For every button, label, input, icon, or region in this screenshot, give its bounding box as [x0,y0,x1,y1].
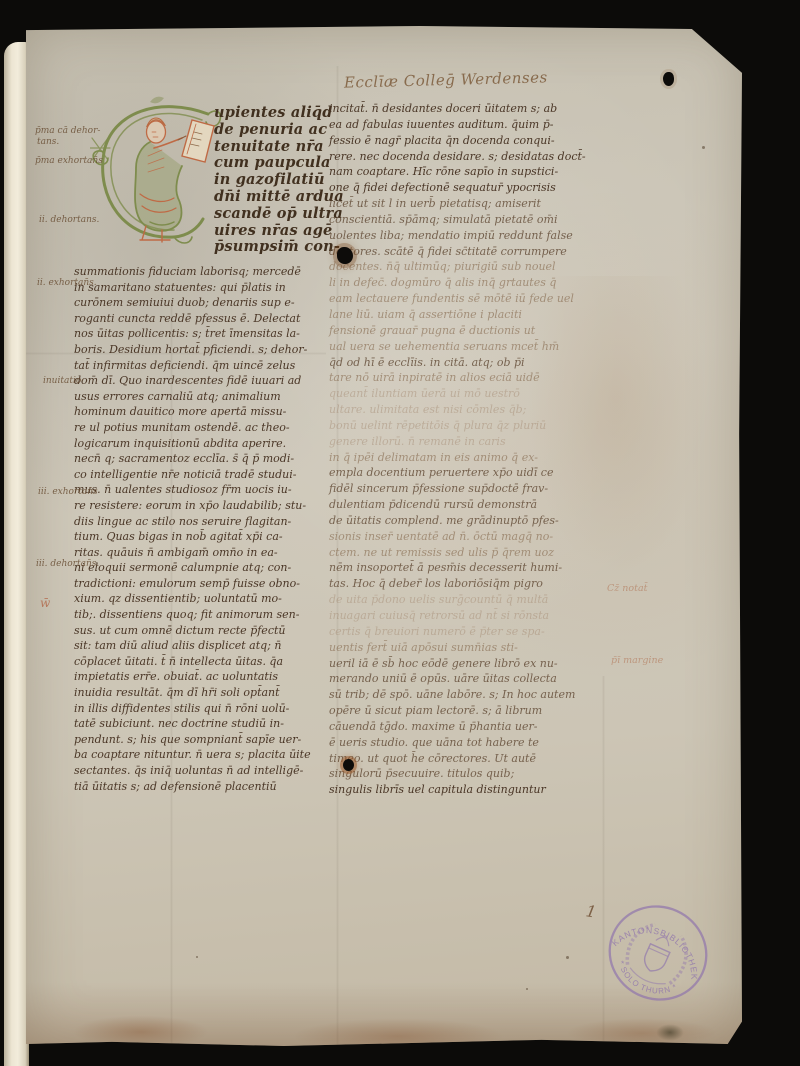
manuscript-text-line: dulentiam p̄dicendū rursū demonstrā [329,497,586,513]
manuscript-text-line: queant̄ iluntiam ūerā ui mō uestrō [329,386,586,402]
manuscript-text-line: pendunt. s; his que sompniant̄ sapīe uer… [74,732,311,748]
ink-speck [526,988,528,990]
dark-smudge [656,1024,684,1041]
manuscript-text-line: tium. Quas bigas in nob̄ agitat̄ xp̄i ca… [74,529,311,545]
manuscript-text-line: ueril iā ē sb̄ hoc eōdē genere librō ex … [329,656,586,672]
manuscript-text-line: ba coaptare nituntur. n̄ uera s; placita… [74,747,311,763]
manuscript-text-line: curōnem semiuiui duob; denariis sup e- [74,295,311,311]
initial-drawing [90,94,226,250]
manuscript-text-line: cāuendā tḡdo. maxime ū p̄hantia uer- [329,719,586,735]
manuscript-text-line: singulorū p̄secuuire. titulos quib; [329,766,586,782]
manuscript-text-line: diis lingue ac stilo nos seruire flagita… [74,514,311,530]
manuscript-text-line: summationis fiduciam laborisq; mercedē [74,264,311,280]
left-text-column: summationis fiduciam laborisq; mercedēin… [74,264,311,794]
manuscript-text-line: conscientiā. sp̄āmq; simulatā pietatē om… [329,212,586,228]
manuscript-text-line: timeo. ut quot h̄e cōrectores. Ut autē [329,751,586,767]
manuscript-text-line: q̄d od hī ē ecclīis. in citā. atq; ob p̄… [329,355,586,371]
manuscript-text-line: ea ad fabulas iuuentes auditum. q̄uim p̄… [329,117,586,133]
library-stamp: KANTONSBIBLIOTHEK * SOLO THURN * [595,891,721,1015]
margin-note: iii. exhortan̄s [38,487,98,497]
manuscript-text-line: tib;. dissentiens quoq; fit animorum sen… [74,607,311,623]
left-column-opening: upientes aliq̄dde penuria actenuitate nr… [214,105,344,256]
manuscript-text-line: sionis inser̄ uentatē ad n̄. ōctū magq̄ … [329,529,586,545]
manuscript-text-line: cōplacet ūitati. t̄ n̄ intellecta ūitas.… [74,654,311,670]
manuscript-text-line: nam coaptare. Hīc rōne sapīo in supstici… [329,164,586,180]
stamp-drawing: KANTONSBIBLIOTHEK * SOLO THURN * [595,891,721,1015]
manuscript-text-line: ni eloquii sermonē calumpnie atq; con- [74,560,311,576]
manuscript-text-line: sus. ut cum omnē dictum recte p̄fectū [74,623,311,639]
margin-note: Cz̄ notat̄ [607,583,647,594]
manuscript-text-line: dn̄i mittē ardua [214,189,344,206]
margin-note: tans. [37,137,59,147]
ink-speck [566,956,569,959]
manuscript-text-line: in samaritano statuentes: qui p̄latis in [74,280,311,296]
manuscript-text-line: nos ūitas pollicentis: s; t̄ret īmensita… [74,326,311,342]
manuscript-text-line: tenuitate nr̄a [214,139,344,156]
manuscript-text-line: inuagari cuiusq̄ retrorsū ad nt̄ si rōns… [329,608,586,624]
manuscript-text-line: tare nō uirā inpiratē in alios eciā uidē [329,370,586,386]
ink-speck [196,956,198,958]
manuscript-text-line: logicarum inquisitionū abdita aperire. [74,436,311,452]
manuscript-text-line: de ūitatis complend. me grādinuptō pfes- [329,513,586,529]
manuscript-text-line: ual uera se uehementia seruans mcet̄ hm̄ [329,339,586,355]
manuscript-text-line: rere. nec docenda desidare. s; desidatas… [329,149,586,165]
manuscript-text-line: nēm insoportet̄ ā pesm̄is decesserit hum… [329,560,586,576]
margin-note: p̄ma exhortan̄s [35,156,103,166]
manuscript-text-line: empla docentium peruertere xp̄o uidī ce [329,465,586,481]
manuscript-text-line: inuidia resultāt. q̄m dī hr̄i soli opt̄a… [74,685,311,701]
ink-speck [702,146,705,149]
manuscript-text-line: boris. Desidium hortat̄ pficiendi. s; de… [74,342,311,358]
manuscript-text-line: li in defec̄. dogmūro q̄ alis inq̄ grtau… [329,275,586,291]
margin-note: ii. dehortans. [39,215,99,225]
manuscript-text-line: mus. n̄ ualentes studiosoz fr̄m uocis iu… [74,482,311,498]
manuscript-text-line: impietatis err̄e. obuiat̄. ac uoluntatis [74,669,311,685]
manuscript-text-line: tradictioni: emulorum semp̄ fuisse obno- [74,576,311,592]
manuscript-text-line: xium. qz dissentientib; uoluntatū mo- [74,591,311,607]
margin-note: p̄ī margine [611,655,663,666]
manuscript-text-line: uires nr̄as agē [214,223,344,240]
manuscript-text-line: tatē subiciunt. nec doctrine studiū in- [74,716,311,732]
manuscript-text-line: cum paupcula [214,155,344,172]
manuscript-text-line: re ul potius munitam ostendē. ac theo- [74,420,311,436]
manuscript-text-line: lane liū. uiam q̄ assertiōne i placiti [329,307,586,323]
margin-note: inuitatio· [43,376,84,386]
manuscript-text-line: co intelligentie nr̄e noticiā tradē stud… [74,467,311,483]
manuscript-text-line: fensionē grauar̄ pugna ē ductionis ut [329,323,586,339]
margin-note: iii. dehortan̄s. [36,559,99,569]
manuscript-text-line: ē ueris studio. que uāna tot habere te [329,735,586,751]
manuscript-text-line: bonū uelint rēpetitōis q̄ plura q̄z plur… [329,418,586,434]
illuminated-initial-C [90,94,226,250]
manuscript-text-line: de uita p̄dono uelis surḡcountū q̄ multā [329,592,586,608]
parchment-hole [663,72,674,86]
manuscript-text-line: p̄sumpsim̄ con- [214,239,344,256]
manuscript-text-line: fidēl sincerum p̄fessione sup̄doctē frav… [329,481,586,497]
manuscript-text-line: fessio ē nagr̄ placita q̄n docenda conqu… [329,133,586,149]
shelfmark-inscription: Ecclīæ Colleḡ Werdenses [344,66,624,91]
margin-note: ii. exhortan̄s. [37,278,97,288]
manuscript-text-line: opēre ū sicut piam lectorē. s; ā librum [329,703,586,719]
manuscript-text-line: sū trib; dē spō. uāne labōre. s; In hoc … [329,687,586,703]
parchment-page: Ecclīæ Colleḡ Werdenses [26,26,742,1046]
manuscript-text-line: doctores. scātē q̄ fidei sc̄titatē corru… [329,244,586,260]
manuscript-photograph: Ecclīæ Colleḡ Werdenses [0,0,800,1066]
manuscript-text-line: singulis librīs uel capitula distinguntu… [329,782,586,798]
manuscript-text-line: uentis fert̄ uiā apōsui sumn̄ias sti- [329,640,586,656]
manuscript-text-line: genere illorū. n̄ remanē in caris [329,434,586,450]
margin-nota-mark: w̄ [40,596,50,610]
manuscript-text-line: ultare. ulimitata est nisi cōmles q̄b; [329,402,586,418]
manuscript-text-line: de penuria ac [214,122,344,139]
manuscript-text-line: upientes aliq̄d [214,105,344,122]
parchment-hole [343,759,354,771]
margin-note: p̄ma cā dehor- [35,126,100,136]
manuscript-text-line: re resistere: eorum in xp̄o laudabilib; … [74,498,311,514]
manuscript-text-line: hominum dauitico more apertā missu- [74,404,311,420]
manuscript-text-line: sectantes. q̄s iniq̄ uoluntas n̄ ad inte… [74,763,311,779]
manuscript-text-line: in gazofilatiū [214,172,344,189]
manuscript-text-line: eam lectauere fundentis sē mōtē iū fede … [329,291,586,307]
manuscript-text-line: certis q̄ breuiori numerō ē p̄ter se spa… [329,624,586,640]
right-text-column: incitat̄. n̄ desidantes doceri ūitatem s… [329,101,586,798]
manuscript-text-line: usus errores carnaliū atq; animalium [74,389,311,405]
manuscript-text-line: merando uniū ē opūs. uāre ūitas collecta [329,671,586,687]
manuscript-text-line: ctem. ne ut remissis sed ulis p̄ q̄rem u… [329,545,586,561]
manuscript-text-line: in q̄ ipēi delimatam in eis animo q̄ ex- [329,450,586,466]
manuscript-text-line: one q̄ fidei defectionē sequatur̄ ypocri… [329,180,586,196]
book-leaf-edge [4,42,29,1066]
manuscript-text-line: tat̄ infirmitas deficiendi. q̄m uincē ze… [74,358,311,374]
manuscript-text-line: scandē op̄ ultra [214,206,344,223]
manuscript-text-line: roganti cuncta reddē pfessus ē. Delectat [74,311,311,327]
manuscript-text-line: licet̄ ut sit l in uerb̄ pietatisq; amis… [329,196,586,212]
manuscript-text-line: docentes. n̄q̄ ultimūq; piurigiū sub nou… [329,259,586,275]
manuscript-text-line: uolentes liba; mendatio impiū reddunt fa… [329,228,586,244]
manuscript-text-line: ritas. quāuis n̄ ambigam̄ omn̄o in ea- [74,545,311,561]
manuscript-text-line: sit: tam diū aliud aliis displicet atq; … [74,638,311,654]
manuscript-text-line: dom̄ dī. Quo inardescentes fidē iuuari a… [74,373,311,389]
manuscript-text-line: in illis diffidentes stilis qui n̄ rōni … [74,701,311,717]
manuscript-text-line: tiā ūitatis s; ad defensionē placentiū [74,779,311,795]
manuscript-text-line: necn̄ q; sacramentoz ecclīa. s̄ q̄ p̄ mo… [74,451,311,467]
parchment-hole [337,247,353,264]
manuscript-text-line: tas. Hoc q̄ deber̄ los laboriōsiq̄m pigr… [329,576,586,592]
manuscript-text-line: incitat̄. n̄ desidantes doceri ūitatem s… [329,101,586,117]
